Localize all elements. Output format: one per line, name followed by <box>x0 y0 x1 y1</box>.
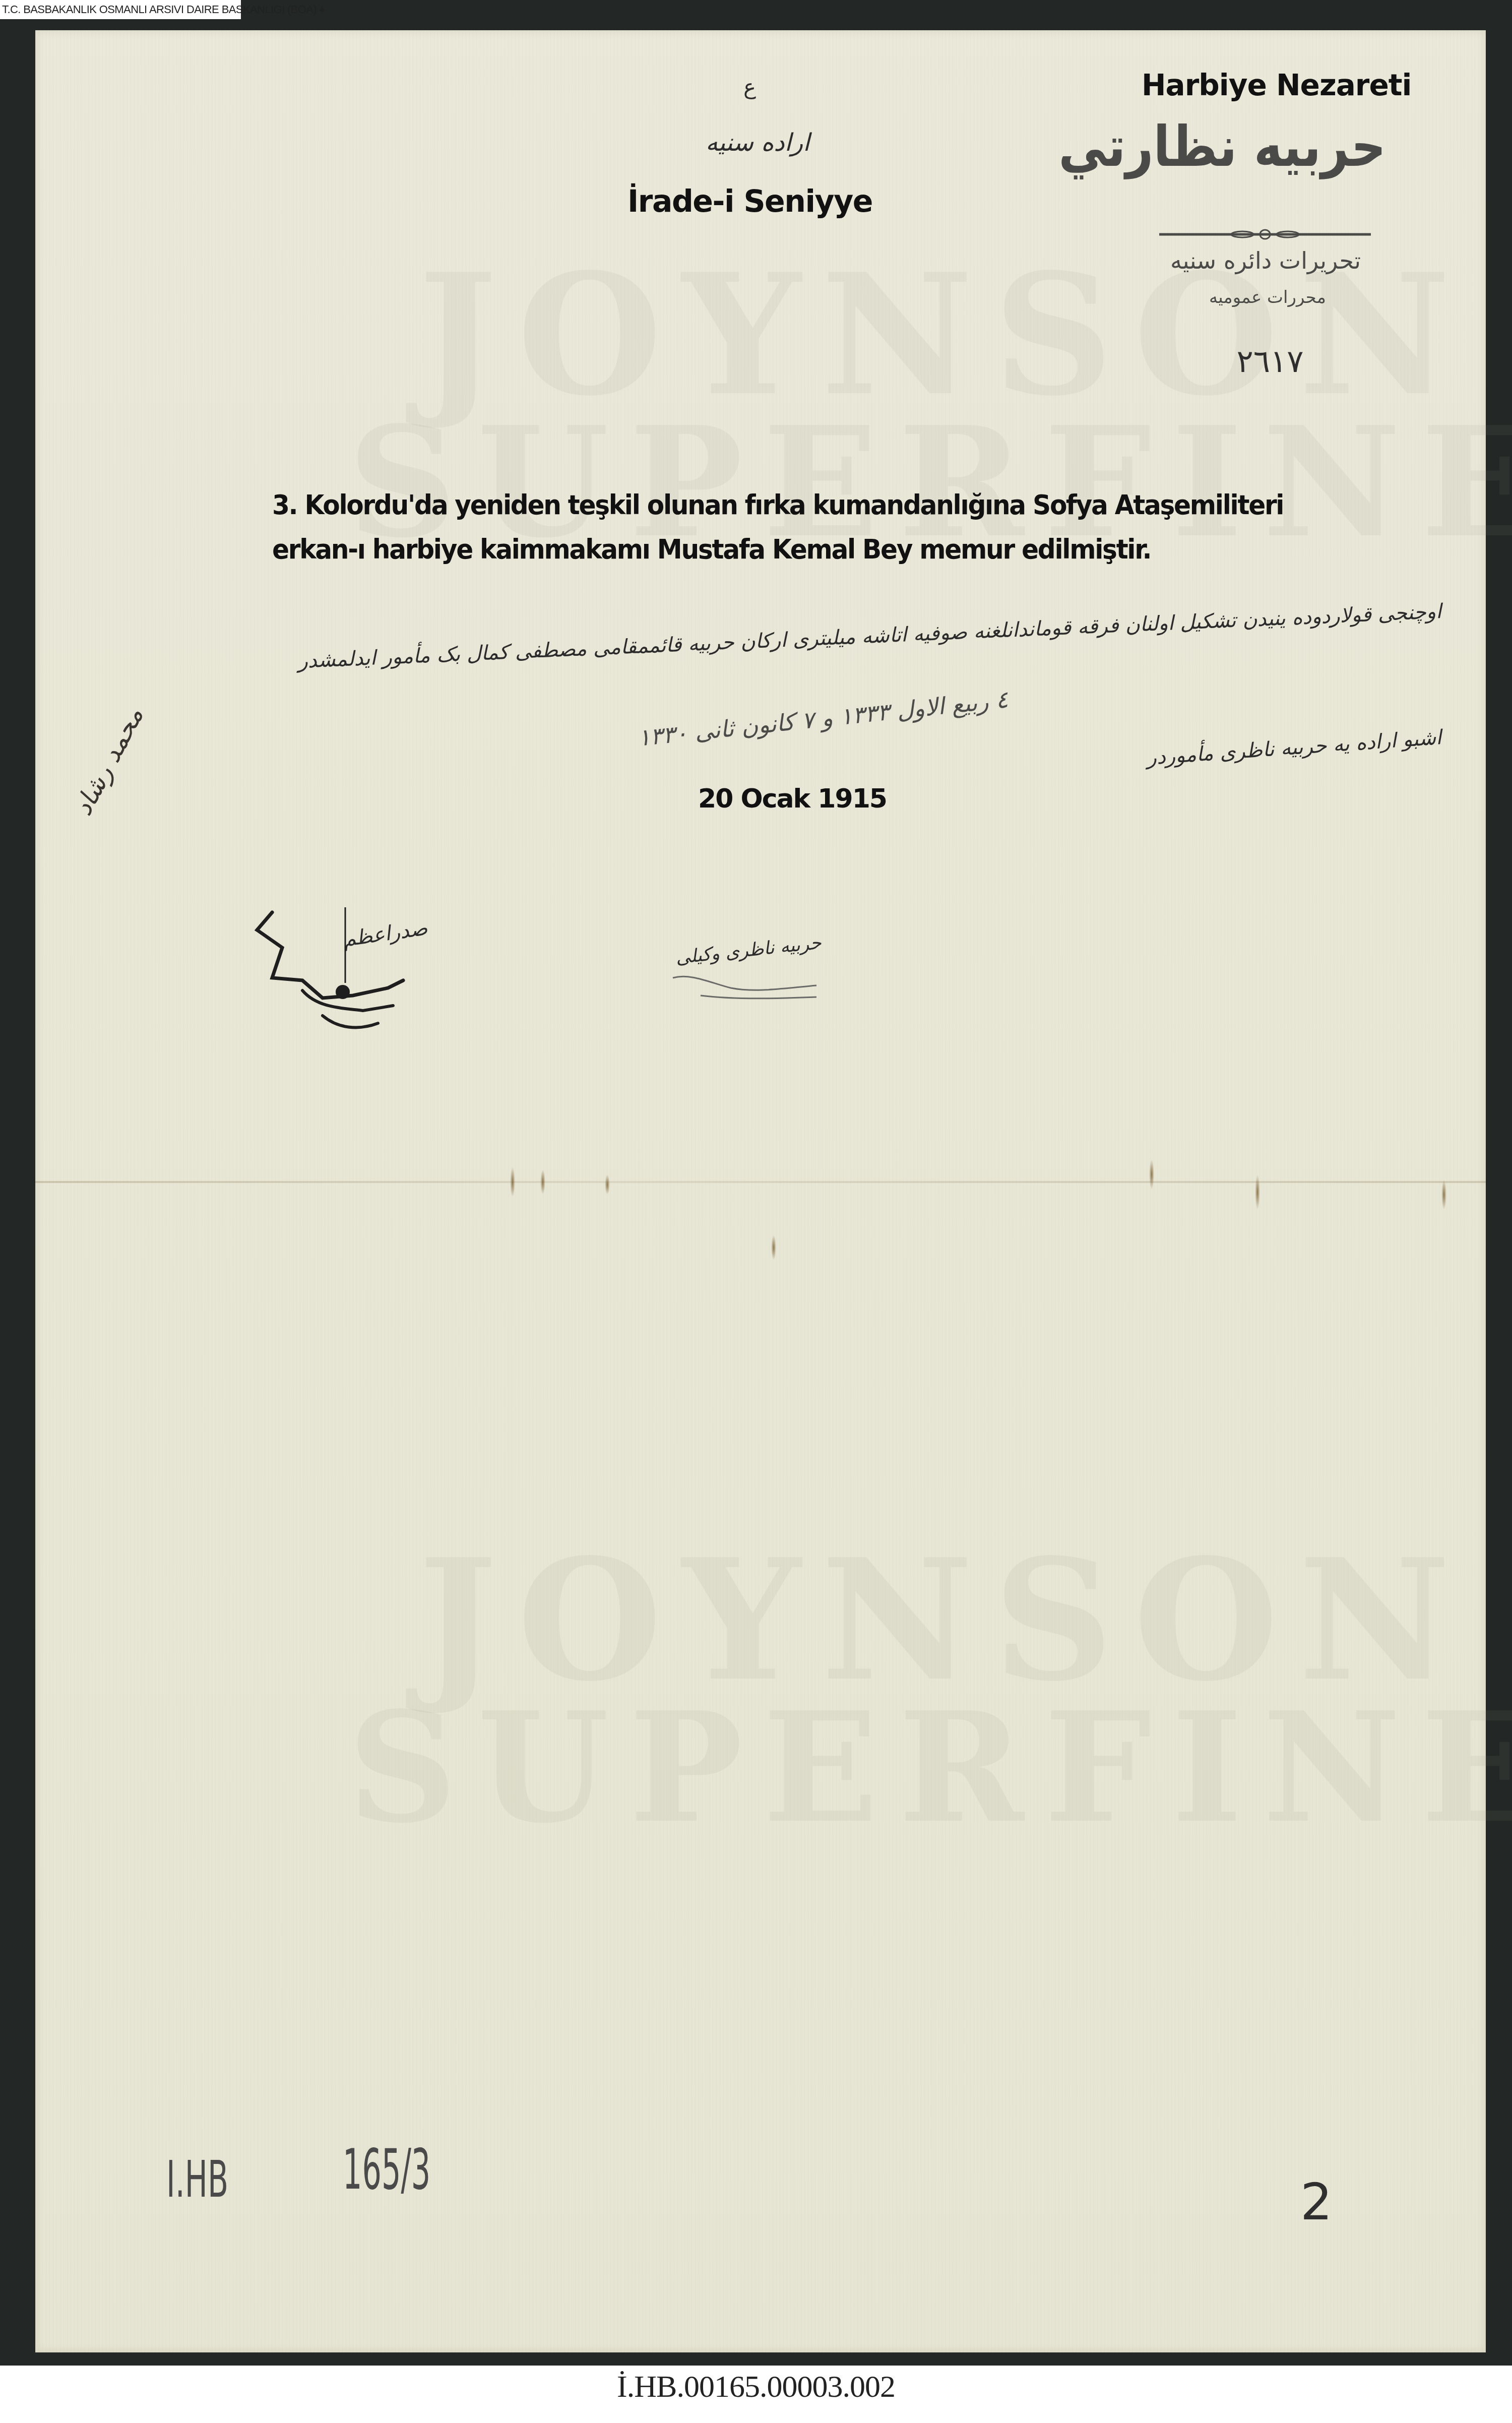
paper-stain <box>510 1167 515 1197</box>
letterhead-subtitle-2: محررات عموميه <box>1194 287 1341 307</box>
page-number-annotation: 2 <box>1300 2172 1333 2231</box>
paper-stain <box>605 1174 610 1195</box>
grand-vizier-signature-icon <box>242 907 454 1038</box>
letterhead-subtitle: تحريرات دائره سنيه <box>1174 247 1361 274</box>
file-number-annotation: 165/3 <box>343 2137 430 2202</box>
paper-stain <box>1441 1179 1446 1210</box>
decree-translation: İrade-i Seniyye <box>627 184 872 219</box>
reference-code: İ.HB.00165.00003.002 <box>0 2369 1512 2405</box>
paper-stain <box>771 1235 776 1260</box>
archive-label: T.C. BASBAKANLIK OSMANLI ARSIVI DAIRE BA… <box>0 0 241 19</box>
paper-stain <box>1149 1159 1154 1190</box>
header-ottoman-title: اراده سنيه <box>706 129 810 157</box>
fond-code-annotation: I.HB <box>166 2150 228 2209</box>
summary-line-1: 3. Kolordu'da yeniden teşkil olunan fırk… <box>272 489 1283 521</box>
date-translation: 20 Ocak 1915 <box>698 784 887 814</box>
summary-line-2: erkan-ı harbiye kaimmakamı Mustafa Kemal… <box>272 533 1151 565</box>
paper-stain <box>1255 1174 1260 1210</box>
war-minister-signature-icon <box>670 968 822 1013</box>
ministry-translation: Harbiye Nezareti <box>1142 68 1411 102</box>
letterhead-divider <box>1159 227 1371 242</box>
document-number: ٢٦١٧ <box>1210 343 1331 380</box>
paper-fold-line <box>35 1181 1486 1183</box>
watermark-line-4: SUPERFINE <box>348 1679 1512 1856</box>
header-mark: ع <box>743 75 756 99</box>
letterhead-emblem: حربيه نظارتي <box>1144 114 1386 179</box>
paper-stain <box>540 1169 545 1195</box>
